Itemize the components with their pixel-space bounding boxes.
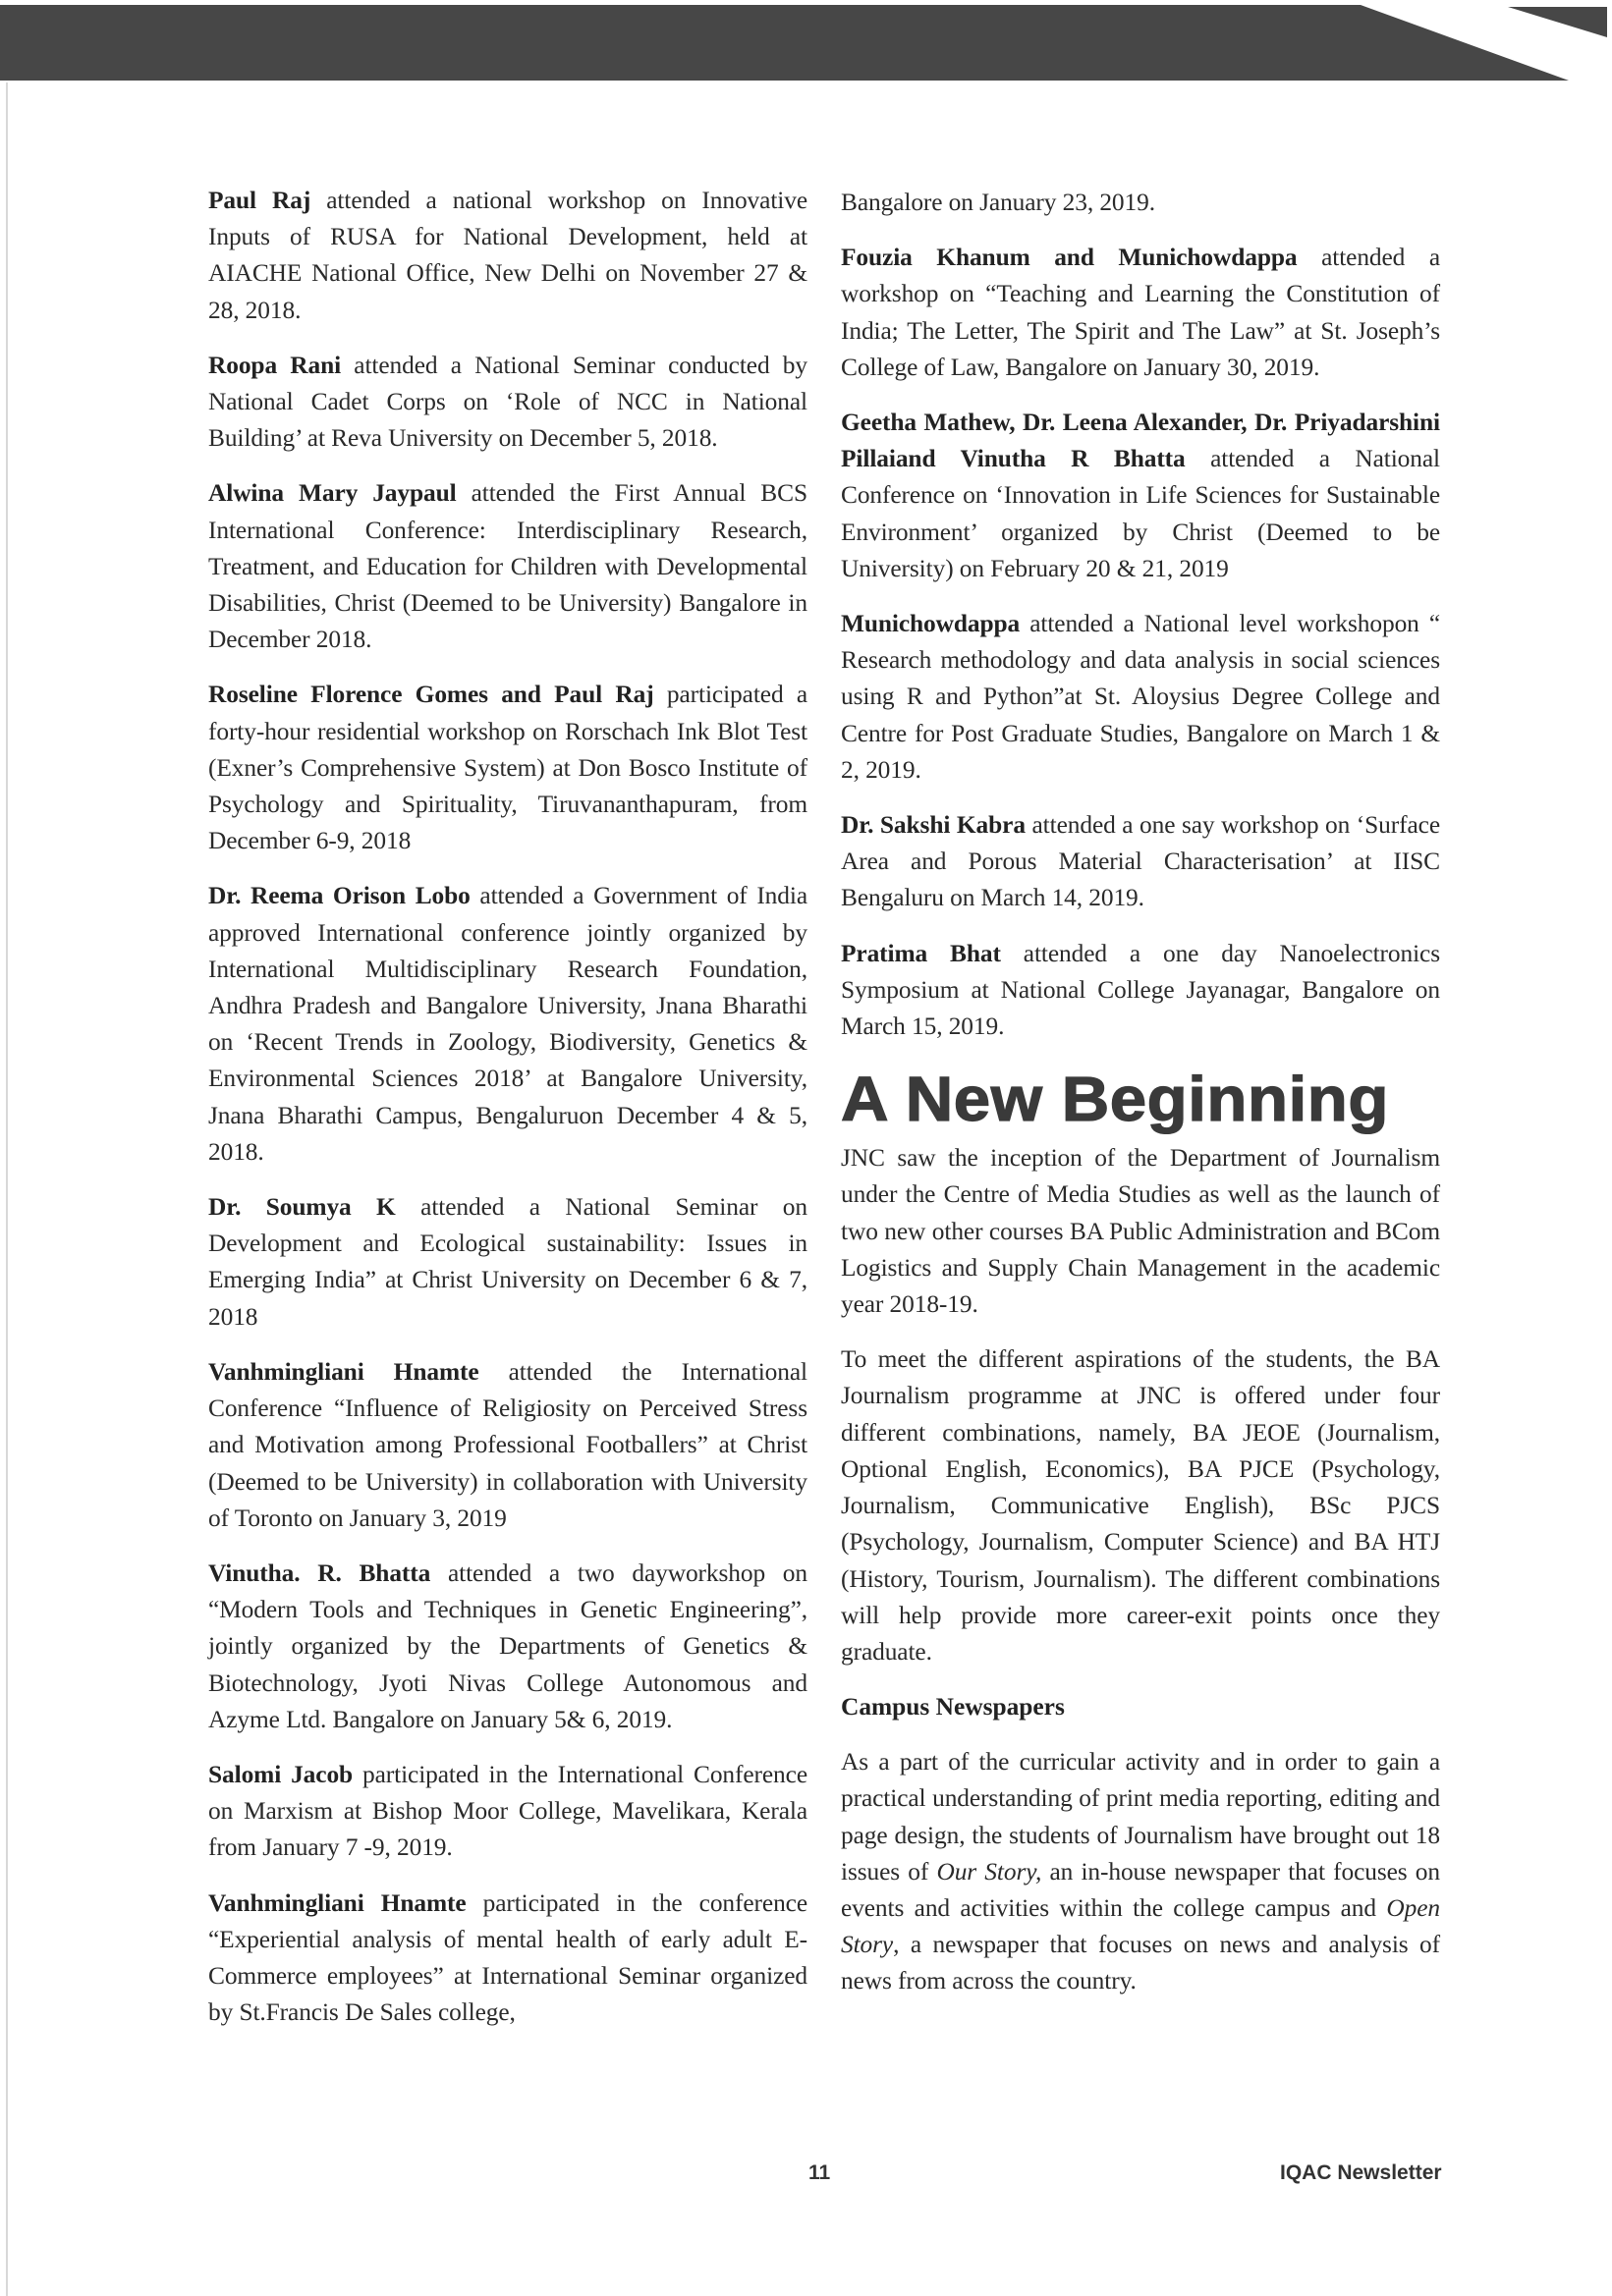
attendee-name: Pratima Bhat (841, 940, 1001, 967)
attendee-name: Vinutha. R. Bhatta (208, 1559, 430, 1587)
attendee-name: Fouzia Khanum and Munichowdappa (841, 244, 1298, 271)
attendee-name: Roseline Florence Gomes and Paul Raj (208, 681, 654, 708)
right-column: Bangalore on January 23, 2019. Fouzia Kh… (841, 185, 1440, 2019)
list-item: Roseline Florence Gomes and Paul Raj par… (208, 677, 807, 859)
item-text: attended a Government of India approved … (208, 882, 807, 1165)
attendee-name: Paul Raj (208, 187, 310, 214)
attendee-name: Salomi Jacob (208, 1761, 353, 1788)
list-item: Vanhmingliani Hnamte participated in the… (208, 1886, 807, 2032)
newspaper-title: Our Story, (936, 1858, 1041, 1886)
section-title: A New Beginning (841, 1064, 1471, 1134)
list-item: Pratima Bhat attended a one day Nanoelec… (841, 936, 1440, 1046)
subheading: Campus Newspapers (841, 1689, 1440, 1725)
attendee-name: Vanhmingliani Hnamte (208, 1358, 479, 1386)
list-item: Alwina Mary Jaypaul attended the First A… (208, 475, 807, 658)
attendee-name: Dr. Reema Orison Lobo (208, 882, 471, 909)
text-run: , a newspaper that focuses on news and a… (841, 1931, 1440, 1995)
attendee-name: Vanhmingliani Hnamte (208, 1889, 467, 1917)
attendee-name: Alwina Mary Jaypaul (208, 479, 457, 507)
section-paragraph: To meet the different aspirations of the… (841, 1341, 1440, 1670)
attendee-name: Dr. Soumya K (208, 1193, 396, 1221)
attendee-name: Roopa Rani (208, 352, 341, 379)
list-item: Vinutha. R. Bhatta attended a two daywor… (208, 1556, 807, 1738)
list-item: Dr. Reema Orison Lobo attended a Governm… (208, 878, 807, 1171)
list-item: Geetha Mathew, Dr. Leena Alexander, Dr. … (841, 405, 1440, 587)
continuation-text: Bangalore on January 23, 2019. (841, 185, 1440, 221)
scan-edge-line (6, 82, 8, 2296)
section-paragraph: JNC saw the inception of the Department … (841, 1140, 1440, 1323)
section-paragraph: As a part of the curricular activity and… (841, 1744, 1440, 1999)
page-number: 11 (808, 2161, 830, 2185)
list-item: Dr. Sakshi Kabra attended a one say work… (841, 807, 1440, 917)
list-item: Dr. Soumya K attended a National Seminar… (208, 1189, 807, 1336)
attendee-name: Dr. Sakshi Kabra (841, 811, 1026, 839)
publication-name: IQAC Newsletter (1280, 2161, 1442, 2185)
list-item: Fouzia Khanum and Munichowdappa attended… (841, 240, 1440, 386)
attendee-name: Munichowdappa (841, 610, 1020, 637)
page-footer: 11 IQAC Newsletter (0, 2161, 1612, 2201)
list-item: Salomi Jacob participated in the Interna… (208, 1757, 807, 1867)
header-band (0, 0, 1612, 88)
list-item: Vanhmingliani Hnamte attended the Intern… (208, 1354, 807, 1537)
left-column: Paul Raj attended a national workshop on… (208, 183, 807, 2050)
list-item: Munichowdappa attended a National level … (841, 606, 1440, 789)
list-item: Roopa Rani attended a National Seminar c… (208, 348, 807, 458)
list-item: Paul Raj attended a national workshop on… (208, 183, 807, 329)
